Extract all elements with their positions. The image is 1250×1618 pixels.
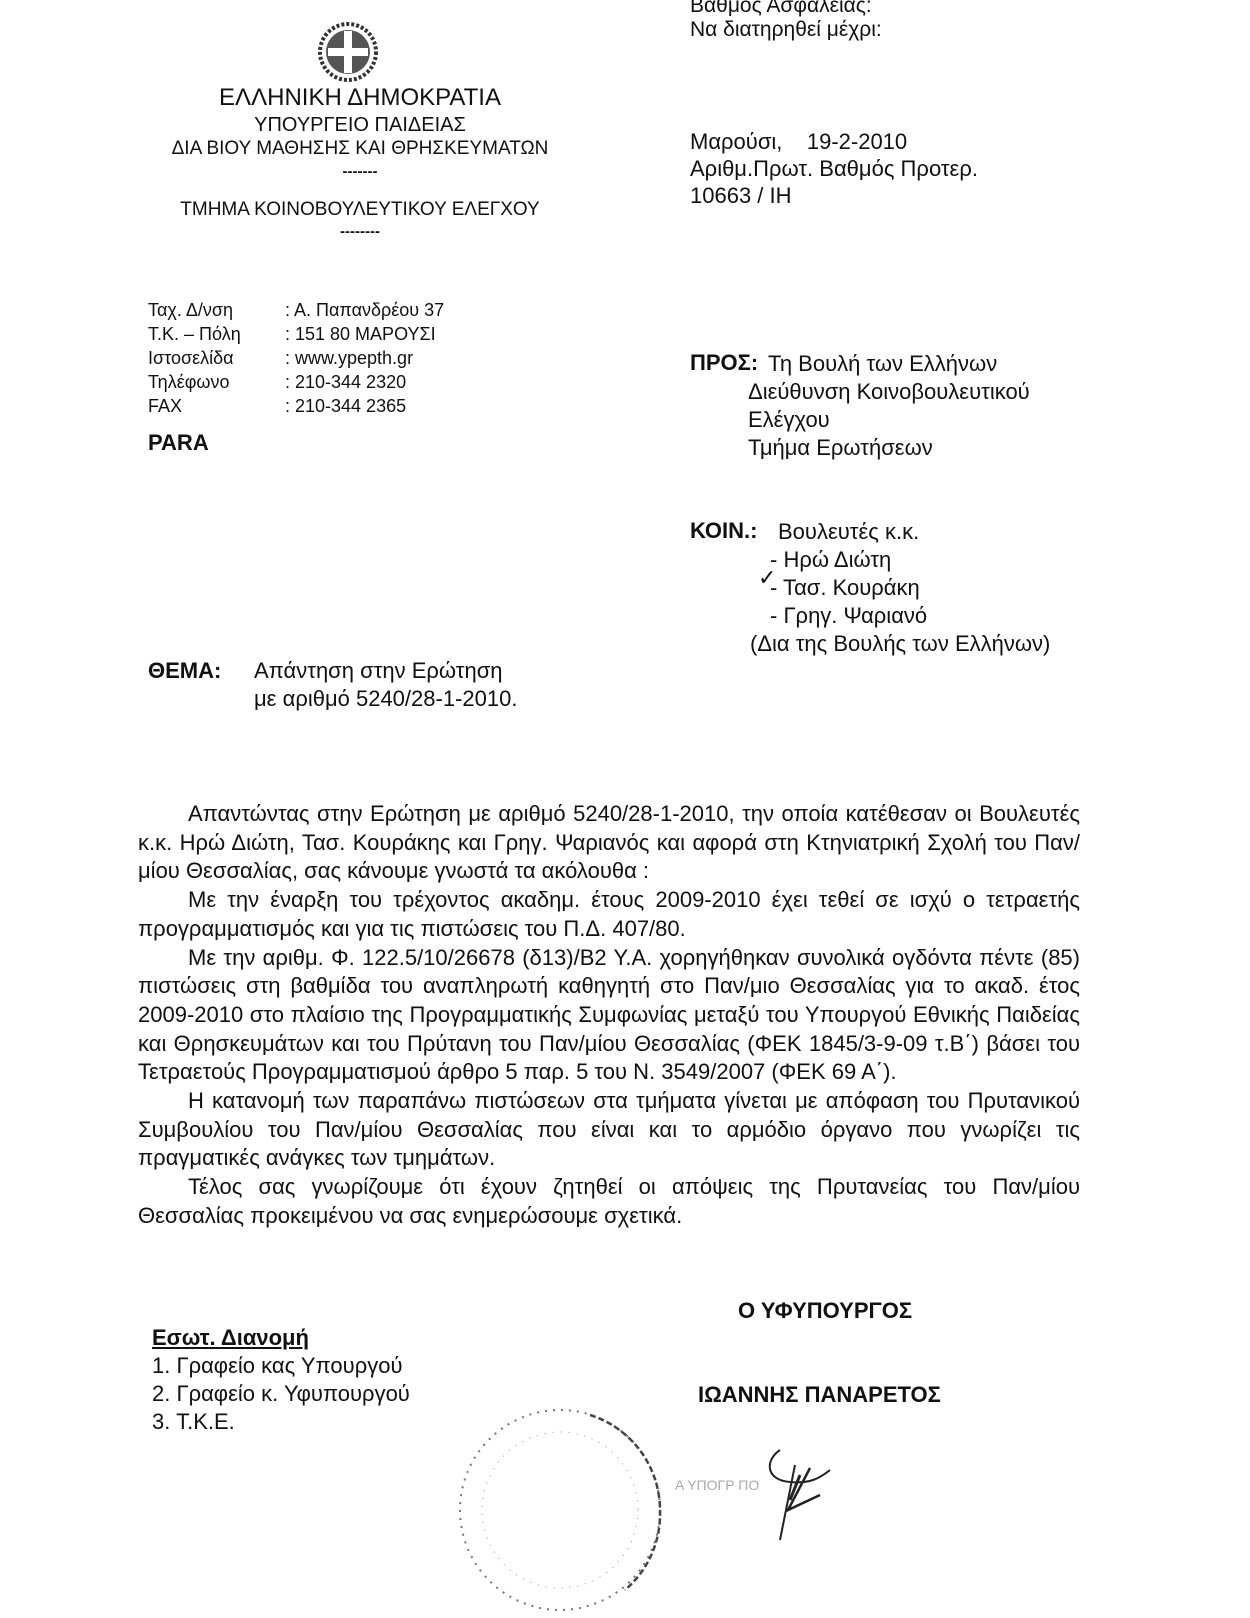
distribution-item: 3. Τ.Κ.Ε. [152,1408,235,1436]
handwritten-signature-icon: Α ΥΠΟΓΡ ΠΟ [670,1440,880,1550]
body-paragraph: Τέλος σας γνωρίζουμε ότι έχουν ζητηθεί ο… [138,1173,1080,1230]
para-label: PARA [148,430,209,456]
header-separator: -------- [140,223,580,240]
subject-label: ΘΕΜΑ: [148,658,221,684]
official-stamp-icon [440,1380,670,1618]
signer-name: ΙΩΑΝΝΗΣ ΠΑΝΑΡΕΤΟΣ [698,1382,941,1408]
cc-line: (Δια της Βουλής των Ελλήνων) [750,630,1050,658]
to-line: Διεύθυνση Κοινοβουλευτικού [748,378,1030,406]
distribution-item: 1. Γραφείο κας Υπουργού [152,1352,402,1380]
header-ministry-subtitle: ΔΙΑ ΒΙΟΥ ΜΑΘΗΣΗΣ ΚΑΙ ΘΡΗΣΚΕΥΜΑΤΩΝ [140,137,580,161]
contact-label: FAX [148,394,182,418]
to-line: Τμήμα Ερωτήσεων [748,434,933,462]
cc-line: - Ηρώ Διώτη [770,546,891,574]
protocol-label: Αριθμ.Πρωτ. Βαθμός Προτερ. [690,155,978,182]
contact-value: : www.ypepth.gr [285,346,413,370]
subject-line: με αριθμό 5240/28-1-2010. [254,686,517,712]
keep-until: Να διατηρηθεί μέχρι: [690,16,882,43]
handwritten-check-icon: ✓ [758,565,776,591]
protocol-number: 10663 / ΙΗ [690,182,792,209]
to-line: Ελέγχου [748,406,830,434]
contact-value: : 210-344 2320 [285,370,406,394]
body-paragraph: Η κατανομή των παραπάνω πιστώσεων στα τμ… [138,1087,1080,1173]
body-paragraph: Με την έναρξη του τρέχοντος ακαδημ. έτου… [138,886,1080,943]
contact-label: Ιστοσελίδα [148,346,234,370]
distribution-item: 2. Γραφείο κ. Υφυπουργού [152,1380,410,1408]
subject-line: Απάντηση στην Ερώτηση [254,658,503,684]
header-separator: ------- [140,163,580,180]
greek-coat-of-arms-icon [318,22,378,82]
header-department: ΤΜΗΜΑ ΚΟΙΝΟΒΟΥΛΕΥΤΙΚΟΥ ΕΛΕΓΧΟΥ [140,198,580,222]
contact-value: : 151 80 ΜΑΡΟΥΣΙ [285,322,436,346]
cc-line: - Τασ. Κουράκη [770,574,920,602]
cc-label: ΚΟΙΝ.: [690,518,757,544]
to-label: ΠΡΟΣ: [690,350,758,376]
contact-label: Τηλέφωνο [148,370,229,394]
cc-line: Βουλευτές κ.κ. [778,518,919,546]
header-republic: ΕΛΛΗΝΙΚΗ ΔΗΜΟΚΡΑΤΙΑ [140,84,580,112]
internal-distribution-title: Εσωτ. Διανομή [152,1325,309,1351]
body-paragraph: Απαντώντας στην Ερώτηση με αριθμό 5240/2… [138,800,1080,886]
to-line: Τη Βουλή των Ελλήνων [768,350,997,378]
svg-text:Α ΥΠΟΓΡ ΠΟ: Α ΥΠΟΓΡ ΠΟ [675,1477,759,1493]
contact-label: Ταχ. Δ/νση [148,298,233,322]
letter-body: Απαντώντας στην Ερώτηση με αριθμό 5240/2… [138,800,1080,1231]
contact-value: : Α. Παπανδρέου 37 [285,298,444,322]
signer-title: Ο ΥΦΥΠΟΥΡΓΟΣ [738,1298,912,1324]
cc-line: - Γρηγ. Ψαριανό [770,602,927,630]
header-ministry: ΥΠΟΥΡΓΕΙΟ ΠΑΙΔΕΙΑΣ [140,113,580,137]
place-date: Μαρούσι, 19-2-2010 [690,128,907,155]
contact-label: Τ.Κ. – Πόλη [148,322,241,346]
contact-value: : 210-344 2365 [285,394,406,418]
body-paragraph: Με την αριθμ. Φ. 122.5/10/26678 (δ13)/Β2… [138,944,1080,1088]
